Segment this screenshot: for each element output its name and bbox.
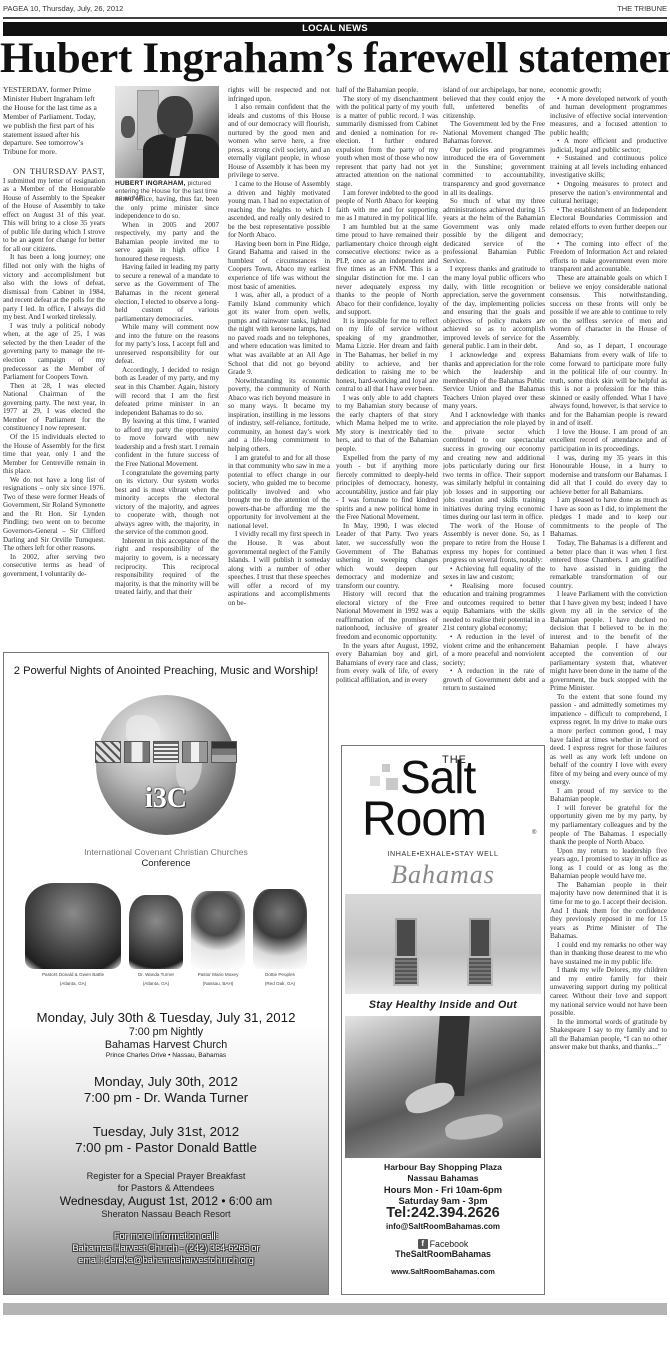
article-bullet: • Sustained and continuous police traini… [550, 154, 667, 180]
article-paragraph: Having failed in leading my party to sec… [115, 263, 219, 323]
article-paragraph: I also remain confident that the ideals … [228, 103, 330, 180]
article-bullet: • The coming into effect of the Freedom … [550, 240, 667, 274]
facebook-icon: f [418, 1239, 428, 1249]
article-paragraph: I acknowledge and express thanks and app… [443, 351, 545, 411]
article-paragraph: It is impossible for me to reflect on my… [336, 317, 438, 394]
article-column-5: island of our archipelago, bar none, bel… [443, 86, 545, 744]
lede-caps: ON THURSDAY PAST, [13, 168, 105, 176]
tricolor-flag-icon [182, 741, 208, 763]
article-paragraph: I will forever be grateful for the oppor… [550, 804, 667, 847]
article-paragraph: I am humbled but at the same time proud … [336, 223, 438, 317]
salt-room-chairs-photo [345, 894, 541, 994]
article-bullet: • Realising more focused education and t… [443, 582, 545, 633]
salt-email: info@SaltRoomBahamas.com [342, 1221, 544, 1232]
salt-script: Bahamas [342, 860, 544, 890]
article-paragraph: I thank my wife Delores, my children and… [550, 966, 667, 1017]
logo-square-icon [382, 764, 390, 772]
speaker-list: Pastors Donald & Gwen Battle (Atlanta, G… [4, 883, 328, 986]
article-paragraph: To the extent that sone found my passion… [550, 693, 667, 787]
speaker-location: (Atlanta, GA) [60, 981, 87, 987]
salt-room-ad: Salt THE Room ® INHALE•EXHALE•STAY WELL … [341, 745, 545, 1295]
article-paragraph: I could end my remarks no other way than… [550, 941, 667, 967]
logo-room: Room [362, 796, 486, 844]
article-paragraph: I vividly recall my first speech in the … [228, 530, 330, 607]
article-paragraph: And I acknowledge with thanks and apprec… [443, 411, 545, 522]
canada-flag-icon [124, 741, 150, 763]
article-paragraph: I am forever indebted to the good people… [336, 189, 438, 223]
article-paragraph: And so, as I depart, I encourage Bahamia… [550, 342, 667, 427]
article-paragraph: I love the House. I am proud of an excel… [550, 428, 667, 454]
event-venue: Bahamas Harvest Church [4, 1039, 328, 1052]
article-bullet: • A more efficient and productive judici… [550, 137, 667, 154]
speaker-name: Pastors Donald & Gwen Battle [42, 972, 104, 978]
article-paragraph: History will record that the electoral v… [336, 590, 438, 641]
event-address: Prince Charles Drive • Nassau, Bahamas [4, 1052, 328, 1060]
article-paragraph: So much of what my three administrations… [443, 197, 545, 265]
article-paragraph: We do not have a long list of resignatio… [3, 476, 105, 553]
article-bullet: • A reduction in the rate of growth of G… [443, 667, 545, 693]
salt-location-1: Harbour Bay Shopping Plaza [342, 1162, 544, 1173]
article-paragraph: Then at 28, I was elected National Chair… [3, 382, 105, 433]
globe-logo-icon: i3C [96, 695, 236, 835]
folio-publication: THE TRIBUNE [617, 4, 667, 16]
article-paragraph: mitted office, having, thus far, been th… [115, 195, 219, 221]
massage-photo [345, 1016, 541, 1158]
org-name: International Covenant Christian Churche… [4, 847, 328, 857]
article-paragraph: Inherent in this acceptance of the right… [115, 537, 219, 597]
article-paragraph: By leaving at this time, I wanted to aff… [115, 417, 219, 468]
logo-square-icon [386, 778, 398, 790]
page-folio: PAGEA 10, Thursday, July, 26, 2012 THE T… [3, 4, 667, 16]
caption-name: HUBERT INGRAHAM, [115, 180, 186, 187]
salt-room-logo: Salt THE Room ® [342, 746, 544, 846]
salt-hours-weekday: Hours Mon - Fri 10am-6pm [342, 1184, 544, 1195]
article-paragraph: I am pleased to have done as much as I h… [550, 496, 667, 539]
article-paragraph: Today, The Bahamas is a different and a … [550, 539, 667, 590]
article-paragraph: Expelled from the party of my youth - bu… [336, 454, 438, 522]
article-paragraph: Upon my return to leadership five years … [550, 847, 667, 881]
speaker-location: (Atlanta, GA) [143, 981, 170, 987]
i3c-logo-text: i3C [96, 783, 236, 815]
breakfast-venue: Sheraton Nassau Beach Resort [4, 1208, 328, 1220]
facebook-page-name: TheSaltRoomBahamas [342, 1249, 544, 1259]
figure-hand-shape [121, 116, 135, 138]
article-column-6: economic growth; • A more developed netw… [550, 86, 667, 1312]
night1-date: Monday, July 30th, 2012 [4, 1074, 328, 1090]
night1-speaker: 7:00 pm - Dr. Wanda Turner [4, 1090, 328, 1106]
article-paragraph: Notwithstanding its economic poverty, th… [228, 377, 330, 454]
speaker-name: Dr. Wanda Turner [138, 972, 174, 978]
article-paragraph: The Bahamian people in their majority ha… [550, 881, 667, 941]
salt-tagline: INHALE•EXHALE•STAY WELL [342, 850, 544, 858]
salt-phone: Tel:242.394.2626 [342, 1206, 544, 1221]
hand-shape [444, 1111, 505, 1143]
article-column-2: mitted office, having, thus far, been th… [115, 195, 219, 650]
article-paragraph: I am grateful to and for all those in th… [228, 454, 330, 531]
article-paragraph: half of the Bahamian people. [336, 86, 438, 95]
article-paragraph: rights will be respected and not infring… [228, 86, 330, 103]
salt-location-2: Nassau Bahamas [342, 1173, 544, 1184]
info-email: email: dereka@bahamasharvestchurch.org [4, 1254, 328, 1266]
salt-website: www.SaltRoomBahamas.com [342, 1267, 544, 1276]
chair-shape [389, 918, 423, 988]
article-bullet: • Ongoing measures to protect and preser… [550, 180, 667, 206]
speaker-photo [253, 889, 307, 969]
article-paragraph: I am proud of my service to the Bahamian… [550, 787, 667, 804]
article-column-4: half of the Bahamian people. The story o… [336, 86, 438, 744]
info-phone: Bahamas Harvest Church - (242) 364-6266 … [4, 1242, 328, 1254]
article-paragraph: Accordingly, I decided to resign both as… [115, 366, 219, 417]
salt-slogan: Stay Healthy Inside and Out [342, 999, 544, 1011]
page-bottom-bar [3, 1303, 667, 1315]
speaker-photo [129, 895, 183, 969]
speaker-name: Dottie Peoples [265, 972, 295, 978]
article-paragraph: Of the 15 individuals elected to the Hou… [3, 433, 105, 476]
article-paragraph: I leave Parliament with the conviction t… [550, 590, 667, 693]
figure-head-shape [157, 96, 193, 138]
speaker-location: (Nassau, BAH) [203, 981, 234, 987]
facebook-row: f Facebook [342, 1239, 544, 1249]
event-dates: Monday, July 30th & Tuesday, July 31, 20… [4, 1010, 328, 1026]
article-paragraph: I was only able to add chapters to my Ba… [336, 394, 438, 454]
ingraham-photo [115, 86, 219, 178]
breakfast-line-2: for Pastors & Attendees [4, 1182, 328, 1194]
germany-flag-icon [211, 741, 237, 763]
speaker-item: Pastor Mario Moxey (Nassau, BAH) [191, 883, 245, 986]
article-bullet: • Achieving full equality of the sexes i… [443, 565, 545, 582]
article-paragraph: The Government led by the Free National … [443, 120, 545, 146]
article-paragraph: When in 2005 and 2007 respectively, my p… [115, 221, 219, 264]
article-paragraph: These are attainable goals on which I be… [550, 274, 667, 342]
article-paragraph: In the immortal words of gratitude by Sh… [550, 1018, 667, 1052]
article-intro: YESTERDAY, former Prime Minister Hubert … [3, 86, 105, 157]
night2-date: Tuesday, July 31st, 2012 [4, 1124, 328, 1140]
org-subtitle: Conference [4, 858, 328, 869]
article-paragraph: island of our archipelago, bar none, bel… [443, 86, 545, 120]
registered-mark: ® [532, 830, 536, 836]
article-paragraph: I was, during my 35 years in this Honour… [550, 454, 667, 497]
folio-divider [3, 17, 667, 19]
article-paragraph: In 2002, after serving two consecutive t… [3, 553, 105, 579]
article-bullet: • A more developed network of youth and … [550, 95, 667, 138]
church-conference-ad: 2 Powerful Nights of Anointed Preaching,… [3, 652, 329, 1295]
section-label: LOCAL NEWS [3, 22, 667, 36]
article-paragraph: The story of my disenchantment with the … [336, 95, 438, 189]
speaker-item: Dr. Wanda Turner (Atlanta, GA) [129, 883, 183, 986]
logo-square-icon [370, 776, 380, 786]
article-paragraph: I was, after all, a product of a Family … [228, 291, 330, 376]
article-paragraph: While many will comment now and into the… [115, 323, 219, 366]
uk-flag-icon [95, 741, 121, 763]
facebook-label: Facebook [430, 1239, 469, 1249]
flag-band [82, 741, 250, 767]
info-line-1: For more information call: [4, 1230, 328, 1242]
ad-top-line: 2 Powerful Nights of Anointed Preaching,… [4, 665, 328, 677]
speaker-photo [25, 883, 121, 969]
article-paragraph: It has been a long journey; one filled n… [3, 253, 105, 321]
speaker-photo [191, 891, 245, 969]
chair-shape [463, 918, 497, 988]
article-bullet: • The establishment of an Independent El… [550, 206, 667, 240]
article-paragraph: In May, 1990, I was elected Leader of th… [336, 522, 438, 590]
article-paragraph: Having been born in Pine Ridge, Grand Ba… [228, 240, 330, 291]
logo-the: THE [442, 754, 467, 766]
article-paragraph: The work of the House of Assembly is nev… [443, 522, 545, 565]
us-flag-icon [153, 741, 179, 763]
speaker-item: Dottie Peoples (Red Oak, GA) [253, 883, 307, 986]
hand-shape [402, 1078, 457, 1118]
article-headline: Hubert Ingraham’s farewell statement [0, 36, 670, 82]
article-column-1-body: ON THURSDAY PAST, I submitted my letter … [3, 168, 105, 648]
breakfast-date: Wednesday, August 1st, 2012 • 6:00 am [4, 1194, 328, 1208]
article-paragraph: Our policies and programmes introduced t… [443, 146, 545, 197]
night2-speaker: 7:00 pm - Pastor Donald Battle [4, 1140, 328, 1156]
speaker-item: Pastors Donald & Gwen Battle (Atlanta, G… [25, 883, 121, 986]
article-bullet: • A reduction in the level of violent cr… [443, 633, 545, 667]
article-paragraph: In the years after August, 1992, every B… [336, 642, 438, 685]
event-time: 7:00 pm Nightly [4, 1026, 328, 1039]
article-paragraph: I congratulate the governing party on it… [115, 469, 219, 537]
article-lede: ON THURSDAY PAST, I submitted my letter … [3, 168, 105, 253]
article-column-3: rights will be respected and not infring… [228, 86, 330, 650]
article-paragraph: I express thanks and gratitude to the ma… [443, 265, 545, 350]
folio-page-date: PAGEA 10, Thursday, July, 26, 2012 [3, 4, 123, 16]
article-paragraph: I came to the House of Assembly a driven… [228, 180, 330, 240]
article-paragraph: economic growth; [550, 86, 667, 95]
speaker-name: Pastor Mario Moxey [198, 972, 239, 978]
article-paragraph: I was truly a political nobody when, at … [3, 322, 105, 382]
breakfast-line-1: Register for a Special Prayer Breakfast [4, 1170, 328, 1182]
speaker-location: (Red Oak, GA) [265, 981, 295, 987]
